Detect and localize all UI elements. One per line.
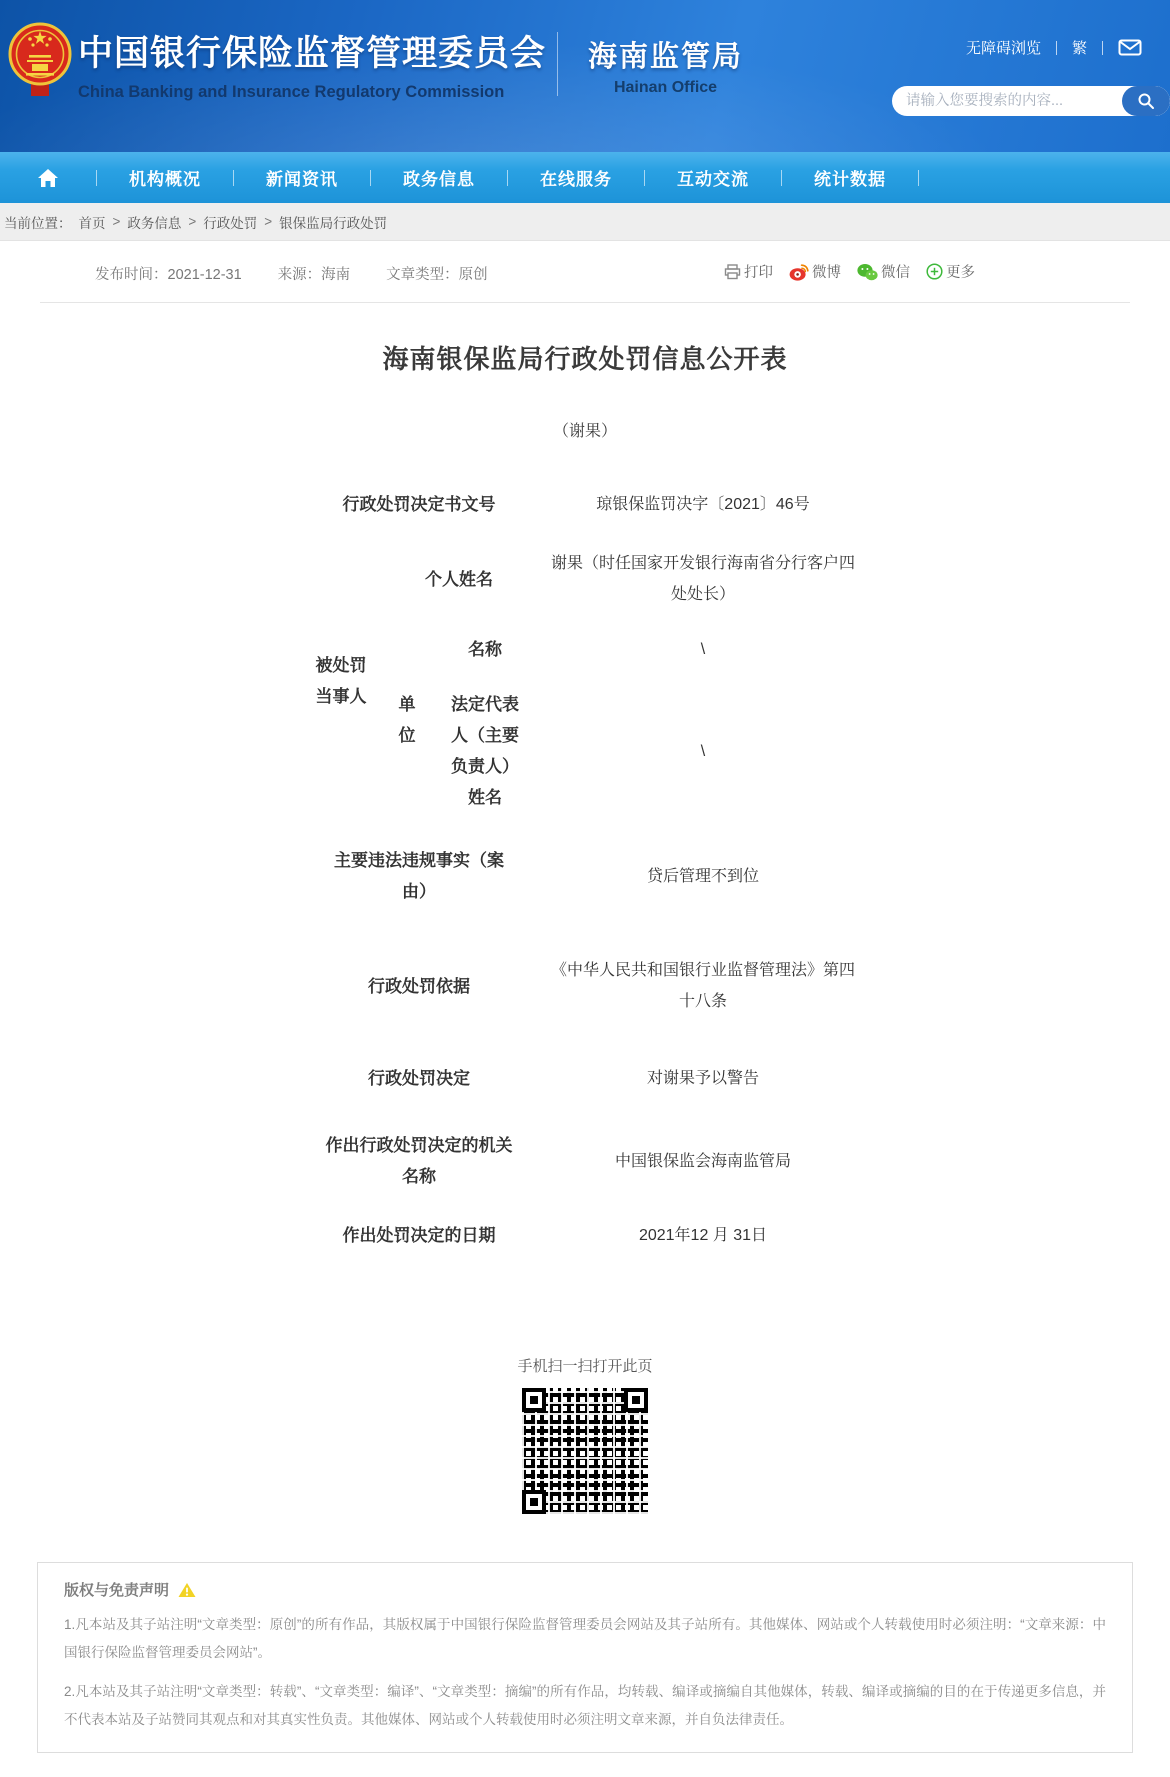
wechat-label: 微信 (881, 261, 910, 282)
article-type: 文章类型：原创 (386, 263, 488, 284)
search-icon (1137, 92, 1155, 110)
print-label: 打印 (744, 261, 773, 282)
table-row-doc-no: 行政处罚决定书文号 琼银保监罚决字〔2021〕46号 (301, 469, 869, 540)
table-row-authority: 作出行政处罚决定的机关名称 中国银保监会海南监管局 (301, 1116, 869, 1206)
qr-section: 手机扫一扫打开此页 (0, 1355, 1170, 1514)
weibo-icon (789, 263, 809, 281)
article-meta-row: 发布时间：2021-12-31 来源：海南 文章类型：原创 打印 (40, 241, 1130, 298)
table-row-unit-name: 单位 名称 \ (301, 618, 869, 681)
source-value: 海南 (321, 267, 350, 283)
wechat-icon (857, 263, 878, 281)
nav-item-gov-info[interactable]: 政务信息 (371, 165, 507, 190)
nav-item-institution-overview[interactable]: 机构概况 (97, 165, 233, 190)
table-row-decision: 行政处罚决定 对谢果予以警告 (301, 1041, 869, 1116)
warning-icon (178, 1582, 196, 1598)
person-name-value: 谢果（时任国家开发银行海南省分行客户四处处长） (537, 540, 869, 618)
utility-divider (1102, 41, 1103, 55)
search-button[interactable] (1122, 86, 1170, 116)
disclaimer-title: 版权与免责声明 (64, 1579, 169, 1600)
page-title: 海南银保监局行政处罚信息公开表 (0, 339, 1170, 376)
penalty-info-table: 行政处罚决定书文号 琼银保监罚决字〔2021〕46号 被处罚当事人 个人姓名 谢… (301, 469, 869, 1271)
share-more-button[interactable]: 更多 (926, 261, 975, 282)
breadcrumb-separator: > (113, 214, 121, 229)
article-source: 来源：海南 (278, 263, 351, 284)
table-row-date: 作出处罚决定的日期 2021年12 月 31日 (301, 1206, 869, 1271)
source-label: 来源： (278, 267, 322, 283)
qr-finder-top-left (522, 1388, 546, 1412)
facts-value: 贷后管理不到位 (537, 821, 869, 931)
qr-caption: 手机扫一扫打开此页 (0, 1355, 1170, 1376)
qr-finder-bottom-left (522, 1490, 546, 1514)
header-utility-links: 无障碍浏览 繁 (966, 37, 1142, 58)
authority-label: 作出行政处罚决定的机关名称 (301, 1116, 537, 1206)
doc-no-value: 琼银保监罚决字〔2021〕46号 (537, 469, 869, 540)
traditional-chinese-toggle[interactable]: 繁 (1072, 37, 1087, 58)
type-label: 文章类型： (386, 267, 459, 283)
org-title-en: China Banking and Insurance Regulatory C… (78, 83, 546, 102)
office-title-cn: 海南监管局 (588, 34, 743, 75)
nav-item-interaction[interactable]: 互动交流 (645, 165, 781, 190)
table-row-person: 被处罚当事人 个人姓名 谢果（时任国家开发银行海南省分行客户四处处长） (301, 540, 869, 618)
page-subtitle: （谢果） (0, 418, 1170, 441)
weibo-label: 微博 (812, 261, 841, 282)
mail-icon[interactable] (1118, 39, 1142, 56)
decision-label: 行政处罚决定 (301, 1041, 537, 1116)
decision-date-label: 作出处罚决定的日期 (301, 1206, 537, 1271)
nav-item-online-services[interactable]: 在线服务 (508, 165, 644, 190)
authority-value: 中国银保监会海南监管局 (537, 1116, 869, 1206)
table-row-facts: 主要违法违规事实（案由） 贷后管理不到位 (301, 821, 869, 931)
nav-divider (918, 170, 919, 186)
breadcrumb-separator: > (264, 214, 272, 229)
office-title-en: Hainan Office (588, 79, 743, 97)
header-divider (557, 32, 558, 96)
type-value: 原创 (459, 267, 488, 283)
site-header: 中国银行保险监督管理委员会 China Banking and Insuranc… (0, 0, 1170, 152)
national-emblem-logo (8, 22, 72, 100)
disclaimer-item: 1.凡本站及其子站注明“文章类型：原创”的所有作品，其版权属于中国银行保险监督管… (64, 1611, 1106, 1667)
breadcrumb-admin-penalty[interactable]: 行政处罚 (203, 212, 257, 232)
copyright-disclaimer-box: 版权与免责声明 1.凡本站及其子站注明“文章类型：原创”的所有作品，其版权属于中… (37, 1562, 1133, 1753)
publish-time-value: 2021-12-31 (168, 267, 242, 283)
table-row-basis: 行政处罚依据 《中华人民共和国银行业监督管理法》第四十八条 (301, 931, 869, 1041)
breadcrumb-bureau-penalty[interactable]: 银保监局行政处罚 (279, 212, 387, 232)
printer-icon (724, 264, 741, 280)
qr-code (522, 1388, 648, 1514)
search-input[interactable] (892, 86, 1122, 116)
more-label: 更多 (946, 261, 975, 282)
more-plus-icon (926, 263, 943, 280)
basis-value: 《中华人民共和国银行业监督管理法》第四十八条 (537, 931, 869, 1041)
facts-label: 主要违法违规事实（案由） (301, 821, 537, 931)
office-title-block: 海南监管局 Hainan Office (588, 34, 743, 97)
basis-label: 行政处罚依据 (301, 931, 537, 1041)
publish-time-label: 发布时间： (95, 267, 168, 283)
search-bar (892, 86, 1170, 116)
main-nav: 机构概况 新闻资讯 政务信息 在线服务 互动交流 统计数据 (0, 152, 1170, 203)
doc-no-label: 行政处罚决定书文号 (301, 469, 537, 540)
party-group-label: 被处罚当事人 (301, 540, 381, 821)
utility-divider (1056, 41, 1057, 55)
legal-rep-label: 法定代表人（主要负责人）姓名 (433, 681, 537, 821)
breadcrumb-home[interactable]: 首页 (79, 212, 106, 232)
unit-name-value: \ (537, 618, 869, 681)
nav-home-button[interactable] (0, 168, 96, 188)
breadcrumb-prefix: 当前位置： (4, 212, 72, 232)
unit-name-label: 名称 (433, 618, 537, 681)
decision-date-value: 2021年12 月 31日 (537, 1206, 869, 1271)
breadcrumb-gov-info[interactable]: 政务信息 (127, 212, 181, 232)
nav-item-news[interactable]: 新闻资讯 (234, 165, 370, 190)
org-title-block: 中国银行保险监督管理委员会 China Banking and Insuranc… (78, 26, 546, 102)
share-wechat-button[interactable]: 微信 (857, 261, 910, 282)
legal-rep-value: \ (537, 681, 869, 821)
disclaimer-item: 2.凡本站及其子站注明“文章类型：转载”、“文章类型：编译”、“文章类型：摘编”… (64, 1678, 1106, 1734)
nav-item-statistics[interactable]: 统计数据 (782, 165, 918, 190)
qr-finder-top-right (624, 1388, 648, 1412)
person-name-label: 个人姓名 (381, 540, 537, 618)
accessibility-link[interactable]: 无障碍浏览 (966, 37, 1041, 58)
decision-value: 对谢果予以警告 (537, 1041, 869, 1116)
article-top-divider (40, 302, 1130, 303)
disclaimer-title-row: 版权与免责声明 (64, 1579, 1106, 1600)
org-title-cn: 中国银行保险监督管理委员会 (78, 26, 546, 76)
breadcrumb: 当前位置： 首页 > 政务信息 > 行政处罚 > 银保监局行政处罚 (0, 203, 1170, 241)
publish-time: 发布时间：2021-12-31 (95, 263, 242, 284)
unit-label: 单位 (381, 618, 433, 821)
print-button[interactable]: 打印 (724, 261, 773, 282)
home-icon (37, 168, 59, 188)
share-weibo-button[interactable]: 微博 (789, 261, 841, 282)
breadcrumb-separator: > (188, 214, 196, 229)
share-actions: 打印 微博 微信 (724, 261, 975, 282)
